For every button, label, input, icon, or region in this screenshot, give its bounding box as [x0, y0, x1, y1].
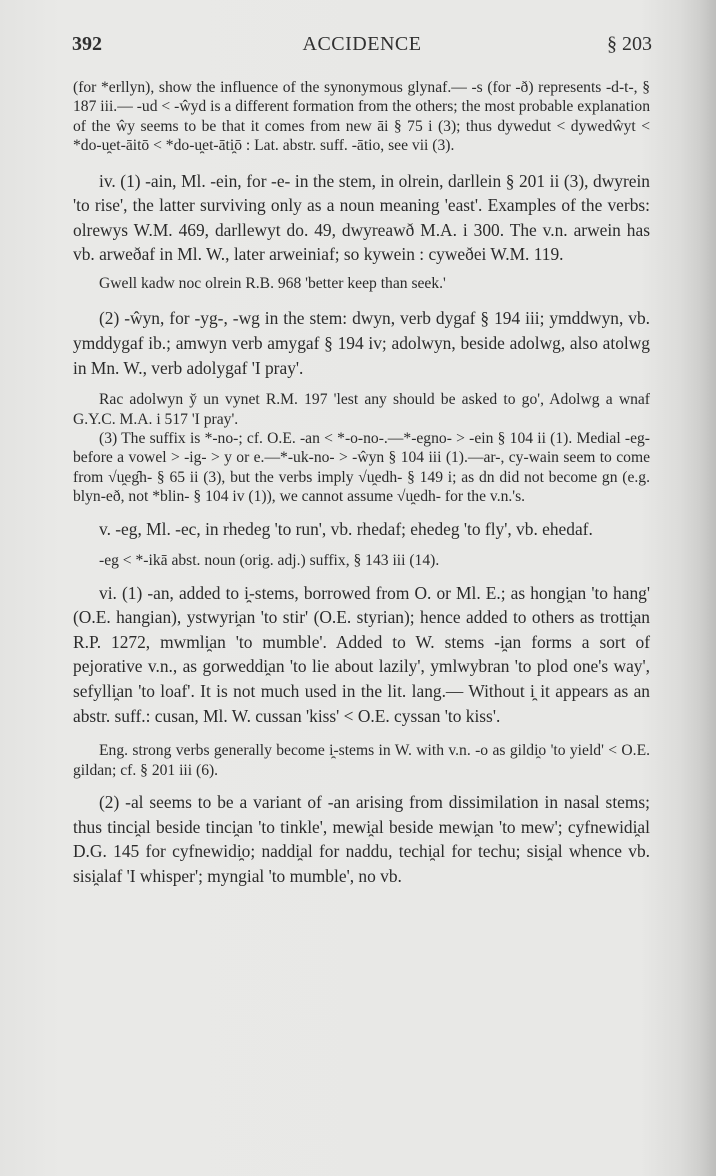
paragraph-vi-1: vi. (1) -an, added to i̯-stems, borrowed… — [73, 581, 650, 729]
book-page: 392 ACCIDENCE § 203 (for *erllyn), show … — [0, 0, 716, 1176]
note-eg-suffix: -eg < *-ikā abst. noun (orig. adj.) suff… — [73, 551, 650, 570]
note-iv-3: (3) The suffix is *-no-; cf. O.E. -an < … — [73, 429, 650, 507]
note-eng-strong-verbs: Eng. strong verbs generally become i̯-st… — [73, 741, 650, 780]
paragraph-iv-1: iv. (1) -ain, Ml. -ein, for -e- in the s… — [73, 169, 650, 267]
paragraph-vi-2: (2) -al seems to be a variant of -an ari… — [73, 790, 650, 888]
example-quote-olrein: Gwell kadw noc olrein R.B. 968 'better k… — [73, 274, 650, 293]
section-number: § 203 — [607, 33, 652, 56]
running-header: 392 ACCIDENCE § 203 — [72, 33, 652, 59]
example-quote-adolwyn: Rac adolwyn y̆ un vynet R.M. 197 'lest a… — [73, 390, 650, 429]
paragraph-v: v. -eg, Ml. -ec, in rhedeg 'to run', vb.… — [73, 517, 650, 542]
page-body: (for *erllyn), show the influence of the… — [73, 78, 650, 888]
running-title: ACCIDENCE — [72, 33, 652, 56]
paragraph-iv-2: (2) -ŵyn, for -yg-, -wg in the stem: dwy… — [73, 306, 650, 380]
paragraph-continuation: (for *erllyn), show the influence of the… — [73, 78, 650, 156]
